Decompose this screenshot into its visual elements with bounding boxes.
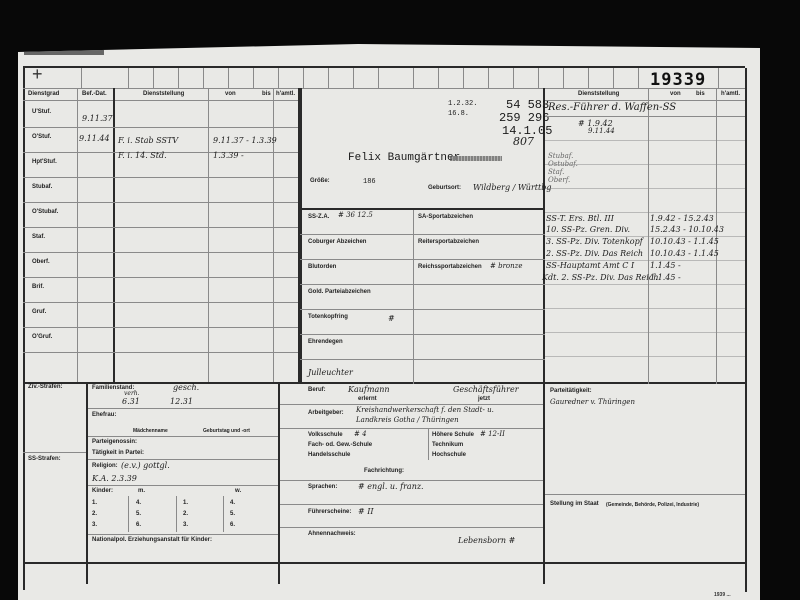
dates-ostuf: 9.11.37 - 1.3.39 [213,136,277,145]
rank-stubaf: Stubaf. [32,184,52,190]
rank-gruf: Gruf. [32,309,46,315]
rank-hptstuf: Hpt'Stuf. [32,159,57,165]
school-handel-label: Handelsschule [308,452,350,458]
service-header-position: Dienststellung [578,91,619,97]
marital-status-note: verh. [124,390,140,397]
col-header-to: bis [262,91,271,97]
rank-ogruf: O'Gruf. [32,334,52,340]
learned-label: erlernt [358,396,377,402]
party-activity-label: Tätigkeit in Partei: [92,450,144,456]
service-header-to: bis [696,91,705,97]
award-coburg: Coburger Abzeichen [308,239,366,245]
marital-date-1: 6.31 [122,397,140,406]
service-dates-7: 1.9.42 - 15.2.43 [650,214,714,223]
state-position-hint: (Gemeinde, Behörde, Polizei, Industrie) [606,502,699,508]
child-w-3: 3. [183,522,188,528]
award-reichssport-value: # bronze [490,262,522,270]
service-dates-8: 15.2.43 - 10.10.43 [650,225,724,234]
child-w-2: 2. [183,511,188,517]
extra-number: 807 [513,135,534,148]
license-label: Führerscheine: [308,509,351,515]
school-volk-value: # 4 [354,430,367,438]
child-m-6: 6. [136,522,141,528]
rank-ostubaf: O'Stubaf. [32,209,58,215]
child-w-1: 1. [183,500,188,506]
party-activity-section-label: Parteitätigkeit: [550,388,592,394]
child-w-5: 5. [230,511,235,517]
award-totenkopfring: Totenkopfring [308,314,348,320]
service-entry-5: Staf. [548,168,564,176]
dates-hptstuf: 1.3.39 - [213,151,244,160]
service-title-entry: Res.-Führer d. Waffen-SS [548,102,676,113]
languages-label: Sprachen: [308,484,337,490]
rank-ustuf: U'Stuf. [32,109,51,115]
university-label: Hochschule [432,452,466,458]
footer-mark: 1939 ... [714,592,731,598]
civil-penalties-label: Ziv.-Strafen: [28,384,63,390]
languages-value: # engl. u. franz. [358,482,424,491]
award-gold-party: Gold. Parteiabzeichen [308,289,371,295]
award-sa-sport: SA-Sportabzeichen [418,214,473,220]
children-label: Kinder: [92,488,113,494]
rank-oberf: Oberf. [32,259,50,265]
religion-value: (e.v.) gottgl. [121,461,170,470]
service-entry-7: SS-T. Ers. Btl. III [546,214,614,223]
ancestry-value: Lebensborn # [458,536,515,545]
card-number-stamp: 19339 [650,70,706,90]
service-dates-12: 1.1.45 - [650,273,681,282]
award-blutorden: Blutorden [308,264,336,270]
field-label: Fachrichtung: [364,468,404,474]
service-entry-9: 3. SS-Pz. Div. Totenkopf [546,237,643,246]
children-male-label: m. [138,488,145,494]
promotion-date-ostuf: 9.11.44 [79,134,110,143]
marital-status-value: gesch. [173,383,199,392]
member-number-1: 54 583 [506,98,549,112]
birthplace-value: Wildberg / Württbg [473,183,551,192]
service-dates-9: 10.10.43 - 1.1.45 [650,237,719,246]
award-ss-za: SS-Z.A. [308,214,329,220]
marital-date-2: 12.31 [170,397,193,406]
school-fach-label: Fach- od. Gew.-Schule [308,442,372,448]
learned-profession: Kaufmann [348,385,390,394]
service-entry-8: 10. SS-Pz. Gren. Div. [546,225,630,234]
smudge-mark [24,50,104,55]
person-name: Felix Baumgärtner [348,152,460,164]
entry-date: 16.8. [448,110,469,118]
award-reichssport: Reichssportabzeichen [418,264,482,270]
birthplace-label: Geburtsort: [428,185,461,191]
party-activity-value: Gauredner v. Thüringen [550,398,635,406]
school-volk-label: Volksschule [308,432,343,438]
child-m-2: 2. [92,511,97,517]
service-entry-6: Oberf. [548,176,570,184]
child-m-5: 5. [136,511,141,517]
higher-school-label: Höhere Schule [432,432,474,438]
technikum-label: Technikum [432,442,463,448]
license-value: # II [358,507,374,516]
religion-label: Religion: [92,463,118,469]
rank-ostuf: O'Stuf. [32,134,51,140]
height-label: Größe: [310,178,330,184]
ancestry-label: Ahnennachweis: [308,531,356,537]
child-w-6: 6. [230,522,235,528]
child-w-4: 4. [230,500,235,506]
position-ostuf: F. i. Stab SSTV [118,136,178,145]
children-female-label: w. [235,488,241,494]
redacted-mark [450,156,502,161]
maiden-name-label: Mädchenname [133,428,168,434]
col-header-position: Dienststellung [143,91,184,97]
service-header-official: h'amtl. [721,91,740,97]
service-entry-3: Stubaf. [548,152,573,160]
col-header-date: Bef.-Dat. [82,91,107,97]
religion-date: K.A. 2.3.39 [92,474,137,483]
employer-value-1: Kreishandwerkerschaft f. den Stadt- u. [356,406,494,414]
party-comrade-label: Parteigenossin: [92,439,137,445]
service-dates-11: 1.1.45 - [650,261,681,270]
member-number-2: 259 296 [499,111,549,125]
join-date: 1.2.32. [448,100,477,108]
award-julleuchter: Julleuchter [308,368,353,377]
wife-label: Ehefrau: [92,412,116,418]
promotion-date-ustuf: 9.11.37 [82,114,113,123]
higher-school-value: # 12-II [480,430,505,438]
service-entry-11: SS-Hauptamt Amt C I [546,261,634,270]
award-totenkopfring-value: # [388,314,395,323]
col-header-official: h'amtl. [276,91,295,97]
current-profession: Geschäftsführer [453,385,519,394]
service-entry-12: Kdt. 2. SS-Pz. Div. Das Reich [542,273,658,282]
service-dates-10: 10.10.43 - 1.1.45 [650,249,719,258]
profession-label: Beruf: [308,387,326,393]
award-ss-za-value: # 36 12.5 [338,211,373,219]
height-value: 186 [363,178,376,186]
service-header-from: von [670,91,681,97]
current-label: jetzt [478,396,490,402]
position-hptstuf: F. i. 14. Std. [118,151,167,160]
personnel-record-card: + 19339 Dienstgrad Bef.-Dat. Dienststell… [18,44,760,600]
napola-label: Nationalpol. Erziehungsanstalt für Kinde… [92,537,212,543]
award-ehrendegen: Ehrendegen [308,339,343,345]
service-entry-2: 9.11.44 [588,127,615,135]
employer-value-2: Landkreis Gotha / Thüringen [356,416,459,424]
state-position-label: Stellung im Staat [550,501,599,507]
rank-staf: Staf. [32,234,45,240]
top-left-mark: + [32,64,43,85]
child-m-1: 1. [92,500,97,506]
col-header-rank: Dienstgrad [28,91,59,97]
award-reiter: Reitersportabzeichen [418,239,479,245]
service-entry-10: 2. SS-Pz. Div. Das Reich [546,249,643,258]
rank-brif: Brif. [32,284,44,290]
child-m-4: 4. [136,500,141,506]
child-m-3: 3. [92,522,97,528]
employer-label: Arbeitgeber: [308,410,344,416]
ss-penalties-label: SS-Strafen: [28,456,61,462]
col-header-from: von [225,91,236,97]
birth-info-label: Geburtstag und -ort [203,428,250,434]
